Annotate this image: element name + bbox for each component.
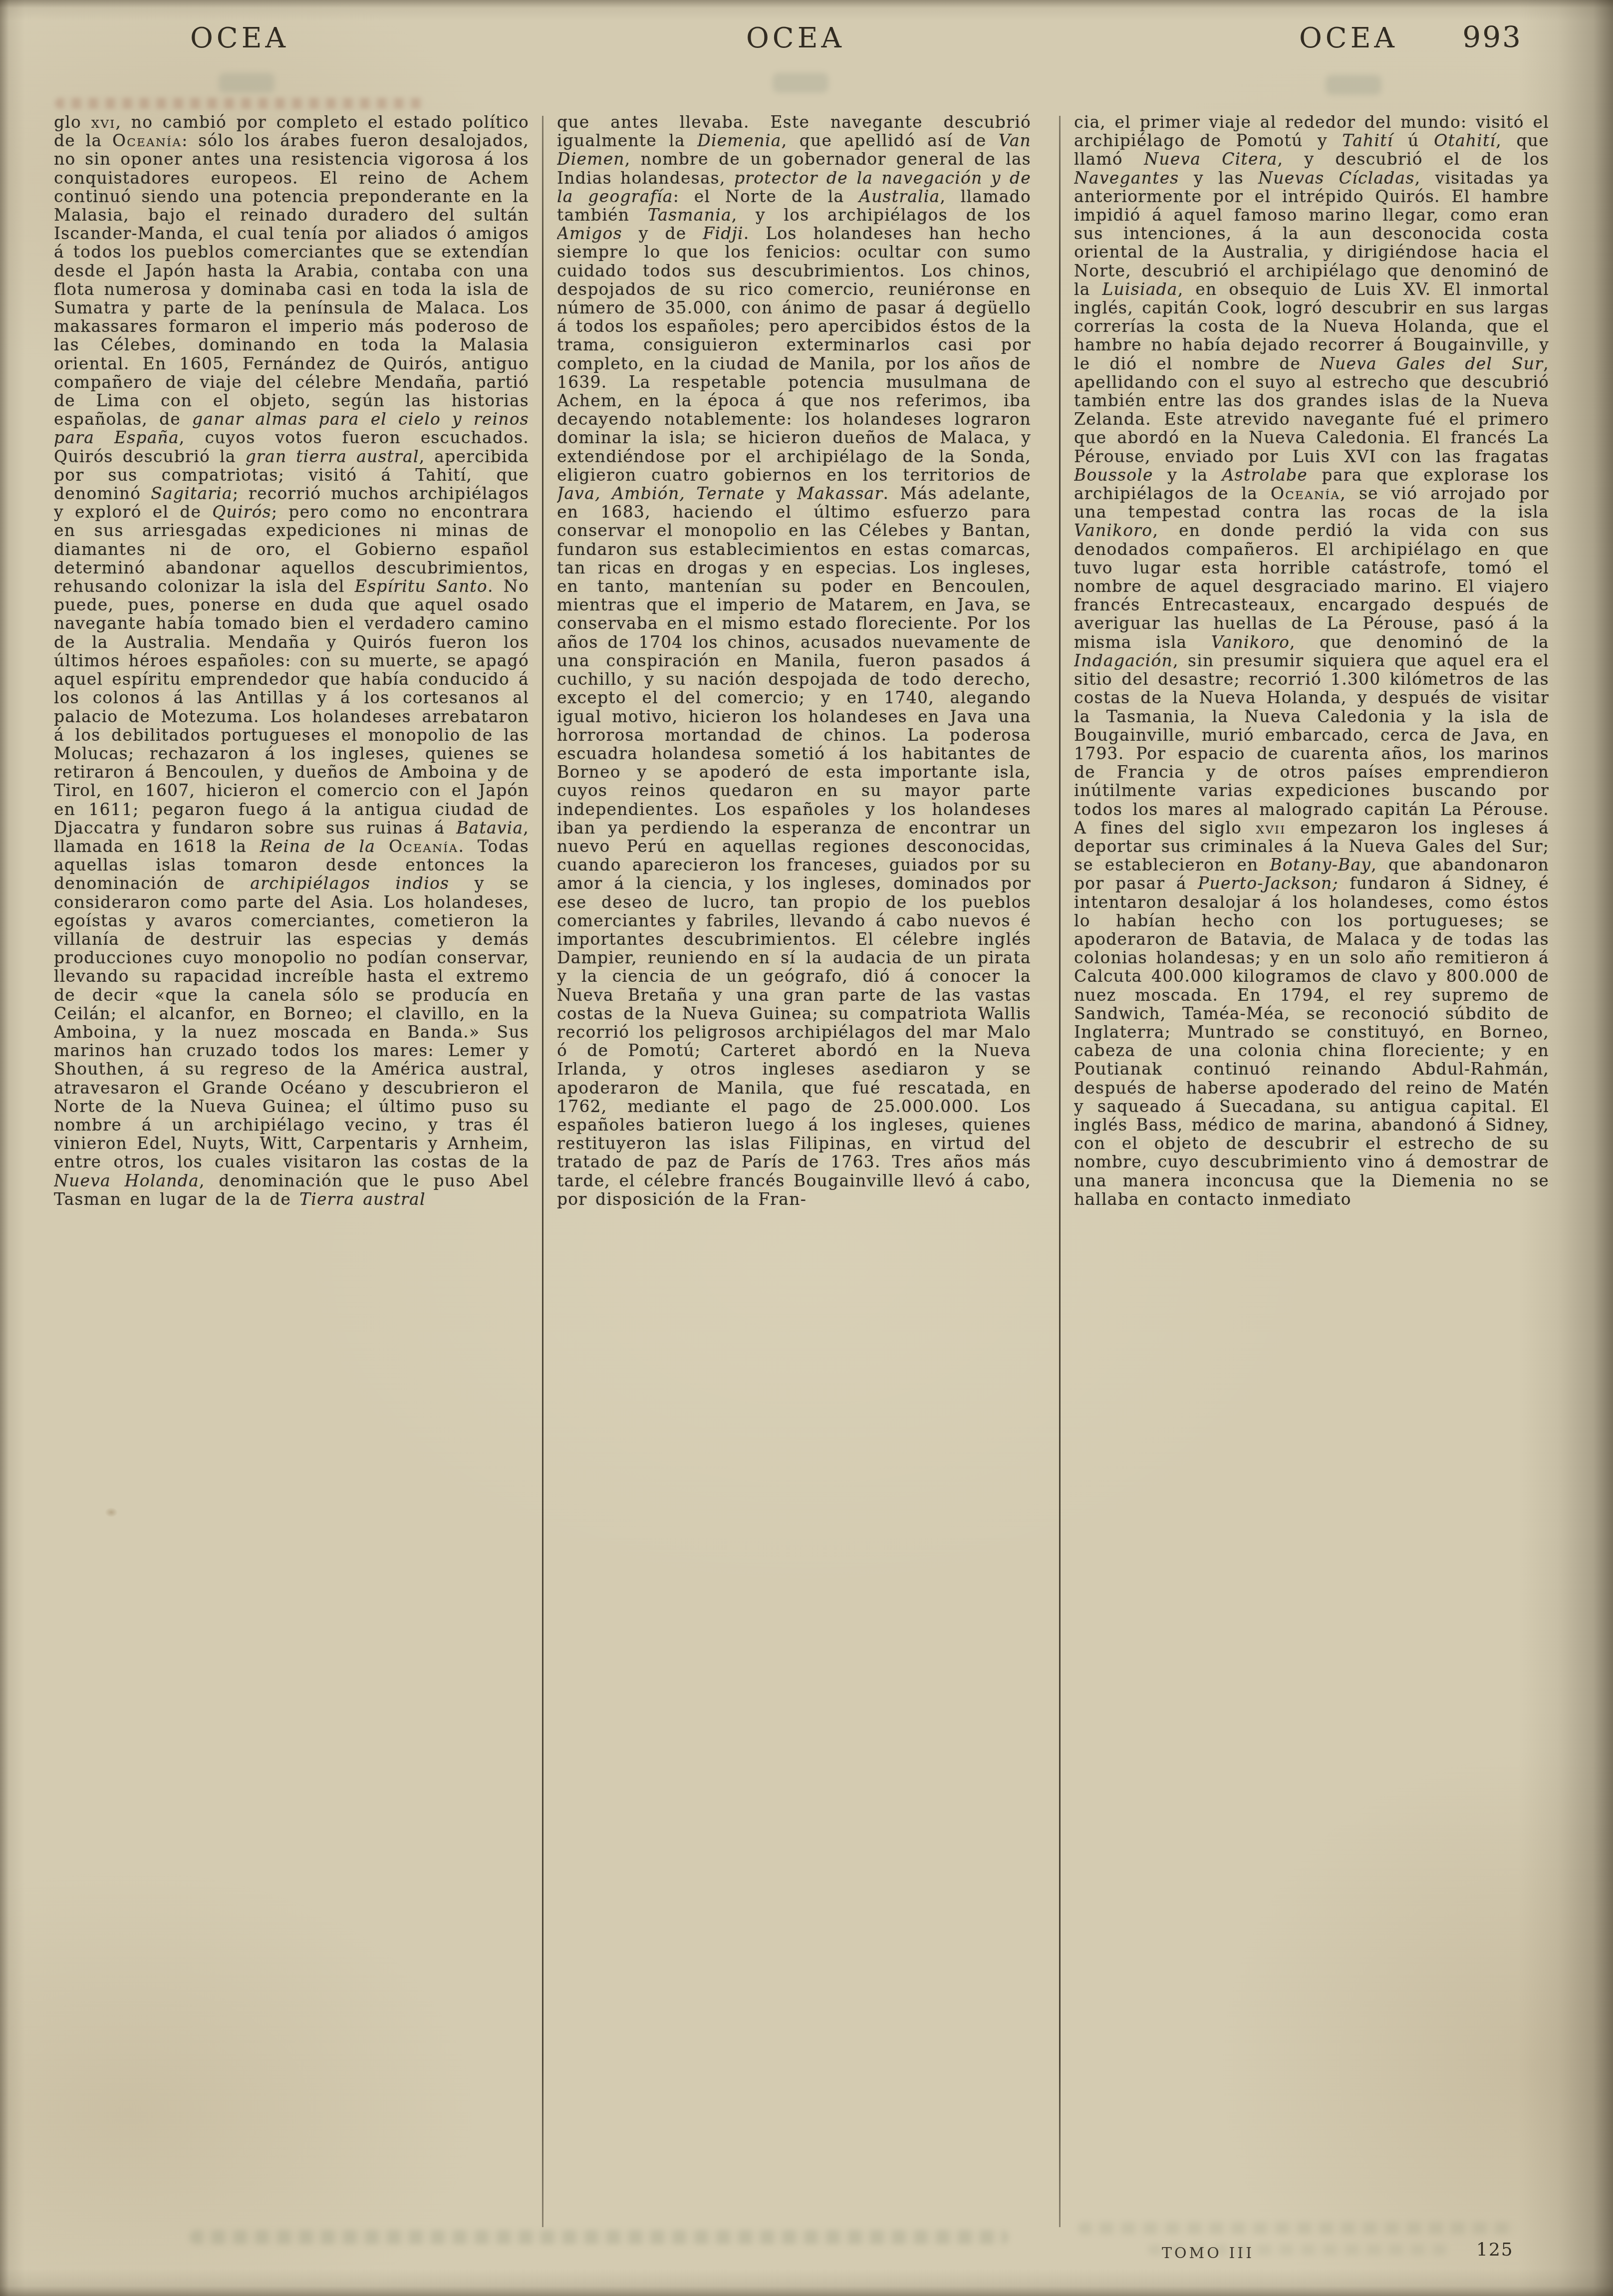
ink-bleed-ghost [219,73,274,93]
ink-bleed-ghost [1326,75,1381,95]
book-page-scan: OCEA OCEA OCEA 993 glo xvi, no cambió po… [0,0,1613,2296]
text-column-1: glo xvi, no cambió por completo el estad… [54,113,529,2232]
running-head-title-2: OCEA [746,22,845,54]
column-divider-1 [542,116,543,2227]
text-column-2: que antes llevaba. Este navegante descub… [557,113,1031,2232]
ink-bleed-ghost [55,98,424,109]
running-head-title-3: OCEA [1299,22,1398,54]
volume-label: TOMO III [1162,2245,1254,2262]
signature-number: 125 [1476,2240,1514,2260]
ink-bleed-ghost [773,73,828,93]
text-column-3: cia, el primer viaje al rededor del mund… [1074,113,1549,2232]
page-number: 993 [1457,20,1522,54]
ink-bleed-strip [190,2230,1008,2244]
column-divider-2 [1059,116,1061,2227]
running-head-title-1: OCEA [190,22,289,54]
